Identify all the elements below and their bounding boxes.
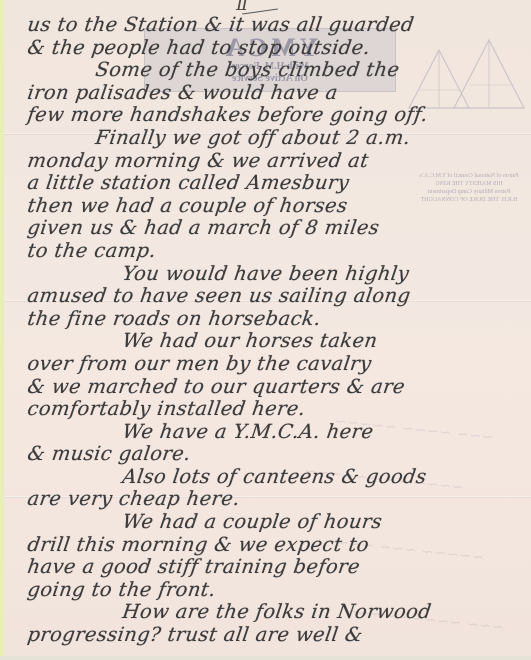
text-line: monday morning & we arrived at [26,150,529,173]
text-line: & we marched to our quarters & are [26,376,529,399]
text-line: then we had a couple of horses [26,195,529,218]
text-line: going to the front. [26,579,529,602]
text-line: over from our men by the cavalry [26,353,529,376]
text-line: & the people had to stop outside. [26,37,529,60]
handwritten-body: us to the Station & it was all guarded &… [26,14,526,647]
text-line: & music galore. [26,443,529,466]
text-line: drill this morning & we expect to [26,534,529,557]
text-line: Finally we got off about 2 a.m. [26,127,529,150]
text-line: us to the Station & it was all guarded [26,14,529,37]
letter-page: YMCA With H.M. Forces On Active Service … [4,0,531,656]
text-line: to the camp. [26,240,529,263]
text-line: given us & had a march of 8 miles [26,217,529,240]
text-line: We had our horses taken [26,330,529,353]
scan-edge-bottom [0,656,531,660]
text-line: a little station called Amesbury [26,172,529,195]
text-line: How are the folks in Norwood [26,601,529,624]
text-line: We have a Y.M.C.A. here [26,421,529,444]
text-line: Some of the boys climbed the [26,59,529,82]
text-line: progressing? trust all are well & [26,624,529,647]
text-line: amused to have seen us sailing along [26,285,529,308]
text-line: We had a couple of hours [26,511,529,534]
text-line: iron palisades & would have a [26,82,529,105]
text-line: You would have been highly [26,263,529,286]
text-line: Also lots of canteens & goods [26,466,529,489]
text-line: are very cheap here. [26,488,529,511]
text-line: few more handshakes before going off. [26,104,529,127]
text-line: comfortably installed here. [26,398,529,421]
text-line: have a good stiff training before [26,556,529,579]
text-line: the fine roads on horseback. [26,308,529,331]
